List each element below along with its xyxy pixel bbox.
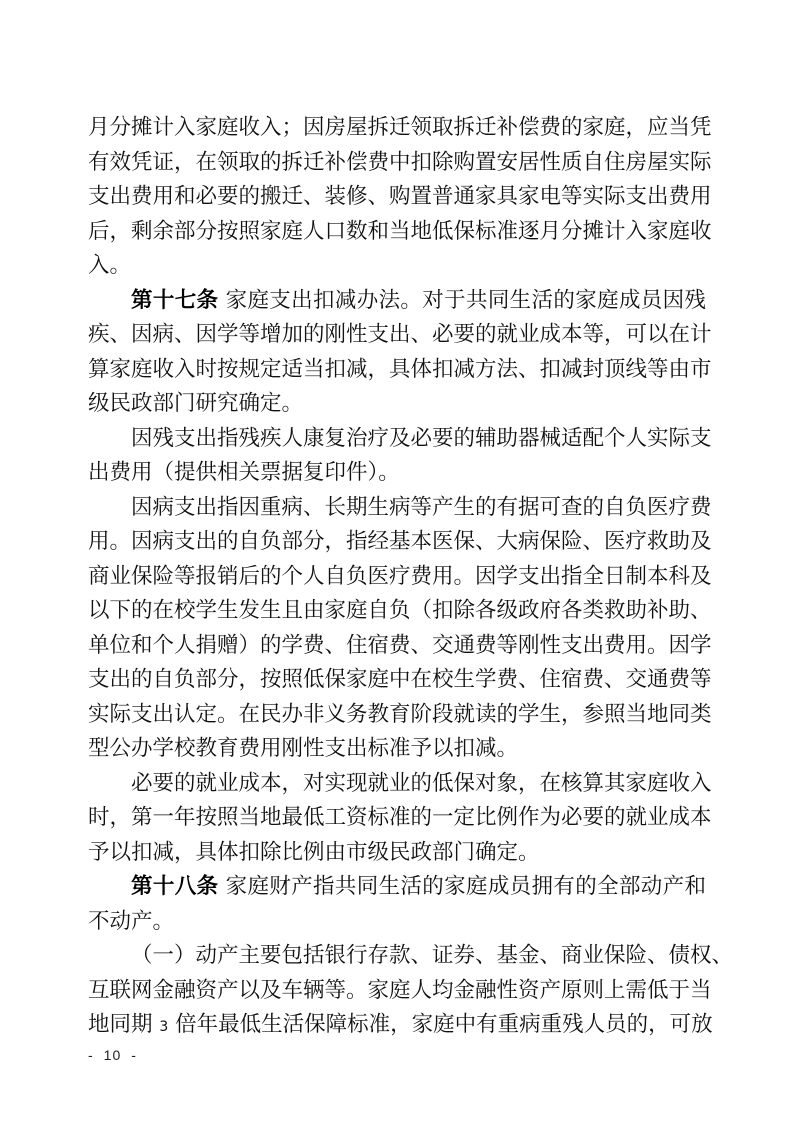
text-segment: 倍年最低生活保障标准，家庭中有重病重残人员的，可放 (175, 1012, 713, 1037)
text-line: 予以扣减，具体扣除比例由市级民政部门确定。 (88, 836, 706, 871)
text-line: 算家庭收入时按规定适当扣减，具体扣减方法、扣减封顶线等由市 (88, 353, 706, 388)
text-line: 单位和个人捐赠）的学费、住宿费、交通费等刚性支出费用。因学 (88, 629, 706, 664)
document-body: 月分摊计入家庭收入；因房屋拆迁领取拆迁补偿费的家庭，应当凭 有效凭证，在领取的拆… (88, 111, 706, 1043)
text-line: （一）动产主要包括银行存款、证券、基金、商业保险、债权、 (88, 939, 706, 974)
text-line: 入。 (88, 249, 706, 284)
text-line: 出费用（提供相关票据复印件）。 (88, 456, 706, 491)
article-18-title: 第十八条 (131, 874, 218, 899)
article-17-title: 第十七条 (131, 288, 218, 313)
text-line: 型公办学校教育费用刚性支出标准予以扣减。 (88, 732, 706, 767)
text-line: 支出的自负部分，按照低保家庭中在校生学费、住宿费、交通费等 (88, 663, 706, 698)
article-17-text: 家庭支出扣减办法。对于共同生活的家庭成员因残 (218, 288, 706, 313)
inline-number: 3 (159, 1019, 168, 1035)
text-line: 商业保险等报销后的个人自负医疗费用。因学支出指全日制本科及 (88, 560, 706, 595)
text-line: 后，剩余部分按照家庭人口数和当地低保标准逐月分摊计入家庭收 (88, 215, 706, 250)
text-line: 疾、因病、因学等增加的刚性支出、必要的就业成本等，可以在计 (88, 318, 706, 353)
page-number-dash-left: - (88, 1047, 94, 1063)
text-line: 支出费用和必要的搬迁、装修、购置普通家具家电等实际支出费用 (88, 180, 706, 215)
text-line: 有效凭证，在领取的拆迁补偿费中扣除购置安居性质自住房屋实际 (88, 146, 706, 181)
document-page: 月分摊计入家庭收入；因房屋拆迁领取拆迁补偿费的家庭，应当凭 有效凭证，在领取的拆… (0, 0, 793, 1122)
text-line: 不动产。 (88, 905, 706, 940)
article-18-text: 家庭财产指共同生活的家庭成员拥有的全部动产和 (218, 874, 706, 899)
text-line: 互联网金融资产以及车辆等。家庭人均金融性资产原则上需低于当 (88, 974, 706, 1009)
article-18-heading-line: 第十八条 家庭财产指共同生活的家庭成员拥有的全部动产和 (88, 870, 706, 905)
text-line: 用。因病支出的自负部分，指经基本医保、大病保险、医疗救助及 (88, 525, 706, 560)
text-segment: 地同期 (88, 1012, 153, 1037)
text-line: 必要的就业成本，对实现就业的低保对象，在核算其家庭收入 (88, 767, 706, 802)
article-17-heading-line: 第十七条 家庭支出扣减办法。对于共同生活的家庭成员因残 (88, 284, 706, 319)
text-line: 实际支出认定。在民办非义务教育阶段就读的学生，参照当地同类 (88, 698, 706, 733)
text-line: 时，第一年按照当地最低工资标准的一定比例作为必要的就业成本 (88, 801, 706, 836)
text-line: 以下的在校学生发生且由家庭自负（扣除各级政府各类救助补助、 (88, 594, 706, 629)
text-line: 因残支出指残疾人康复治疗及必要的辅助器械适配个人实际支 (88, 422, 706, 457)
page-number-dash-right: - (131, 1047, 137, 1063)
text-line: 月分摊计入家庭收入；因房屋拆迁领取拆迁补偿费的家庭，应当凭 (88, 111, 706, 146)
text-line: 地同期 3 倍年最低生活保障标准，家庭中有重病重残人员的，可放 (88, 1008, 706, 1043)
text-line: 级民政部门研究确定。 (88, 387, 706, 422)
page-number: -10- (88, 1045, 147, 1065)
page-number-value: 10 (104, 1047, 122, 1063)
text-line: 因病支出指因重病、长期生病等产生的有据可查的自负医疗费 (88, 491, 706, 526)
